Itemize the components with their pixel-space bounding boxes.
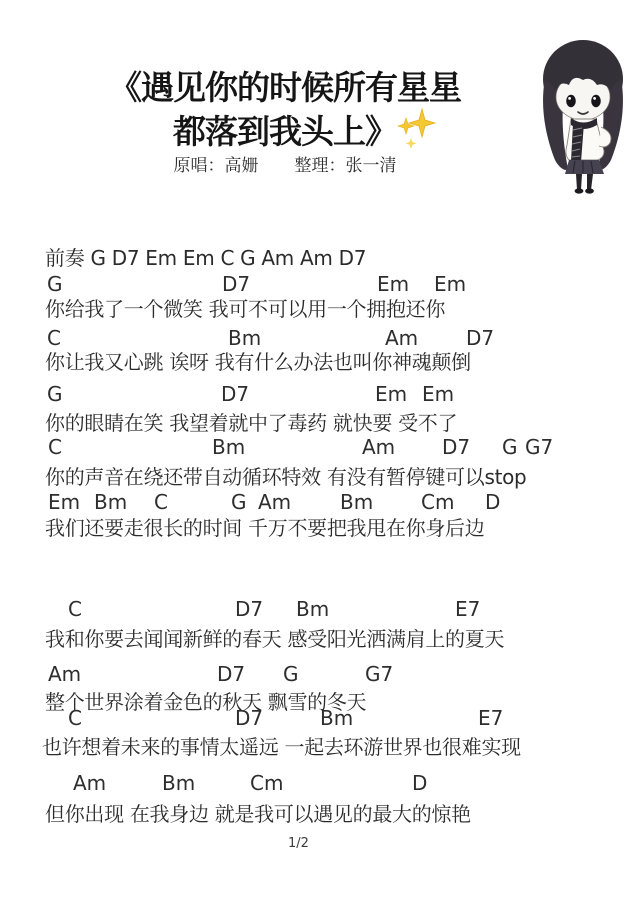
chord-em: Em [422, 381, 454, 407]
chord-line: AmBmCmD [0, 770, 640, 796]
chord-c: C [154, 489, 168, 515]
chord-bm: Bm [162, 770, 195, 796]
chord-bm: Bm [94, 489, 127, 515]
chord-c: C [68, 705, 82, 731]
chord-g: G [47, 271, 63, 297]
chord-am: Am [73, 770, 106, 796]
lyric-line: 也许想着未来的事情太遥远 一起去环游世界也很难实现 [42, 734, 640, 760]
lyric-line: 我们还要走很长的时间 千万不要把我甩在你身后边 [45, 515, 640, 541]
chord-d7: D7 [235, 705, 263, 731]
chord-cm: Cm [250, 770, 283, 796]
chord-cm: Cm [421, 489, 454, 515]
chord-e7: E7 [455, 596, 480, 622]
chord-line: AmD7GG7 [0, 661, 640, 687]
chord-g: G [231, 489, 247, 515]
chord-bm: Bm [212, 434, 245, 460]
chord-line: EmBmCGAmBmCmD [0, 489, 640, 515]
lyric-line: 你的眼睛在笑 我望着就中了毒药 就快要 受不了 [45, 410, 640, 436]
chord-em: Em [377, 271, 409, 297]
chord-line: CD7BmE7 [0, 596, 640, 622]
chord-g: G [502, 434, 518, 460]
chord-g: G [47, 381, 63, 407]
chord-sheet-page: 《遇见你的时候所有星星 都落到我头上》 原唱：高姗整理：张一清 [0, 0, 640, 905]
chord-em: Em [375, 381, 407, 407]
chord-line: CBmAmD7GG7 [0, 434, 640, 460]
chord-c: C [68, 596, 82, 622]
lyric-line: 你的声音在绕还带自动循环特效 有没有暂停键可以stop [45, 464, 640, 490]
chord-e7: E7 [478, 705, 503, 731]
chord-line: CD7BmE7 [0, 705, 640, 731]
chord-c: C [47, 325, 61, 351]
chord-g: G [283, 661, 299, 687]
chord-d7: D7 [235, 596, 263, 622]
chord-d7: D7 [217, 661, 245, 687]
chord-line: CBmAmD7 [0, 325, 640, 351]
chord-d7: D7 [466, 325, 494, 351]
chord-bm: Bm [228, 325, 261, 351]
lyric-line: 你让我又心跳 诶呀 我有什么办法也叫你神魂颠倒 [45, 349, 640, 375]
chord-am: Am [385, 325, 418, 351]
chord-d7: D7 [222, 271, 250, 297]
chord-em: Em [48, 489, 80, 515]
chord-bm: Bm [296, 596, 329, 622]
chord-bm: Bm [320, 705, 353, 731]
lyric-line: 我和你要去闻闻新鲜的春天 感受阳光洒满肩上的夏天 [45, 626, 640, 652]
chord-bm: Bm [340, 489, 373, 515]
chord-em: Em [434, 271, 466, 297]
chord-d: D [485, 489, 500, 515]
score-area: 前奏 G D7 Em Em C G Am Am D7GD7EmEm你给我了一个微… [0, 0, 640, 905]
chord-am: Am [258, 489, 291, 515]
chord-g7: G7 [365, 661, 393, 687]
lyric-line: 你给我了一个微笑 我可不可以用一个拥抱还你 [45, 296, 640, 322]
chord-line: GD7EmEm [0, 381, 640, 407]
lyric-line: 但你出现 在我身边 就是我可以遇见的最大的惊艳 [45, 801, 640, 827]
chord-g7: G7 [525, 434, 553, 460]
chord-d7: D7 [442, 434, 470, 460]
chord-d: D [412, 770, 427, 796]
page-indicator: 1/2 [288, 836, 309, 851]
intro-line: 前奏 G D7 Em Em C G Am Am D7 [45, 245, 640, 271]
chord-line: GD7EmEm [0, 271, 640, 297]
chord-d7: D7 [221, 381, 249, 407]
chord-c: C [48, 434, 62, 460]
chord-am: Am [362, 434, 395, 460]
chord-am: Am [48, 661, 81, 687]
